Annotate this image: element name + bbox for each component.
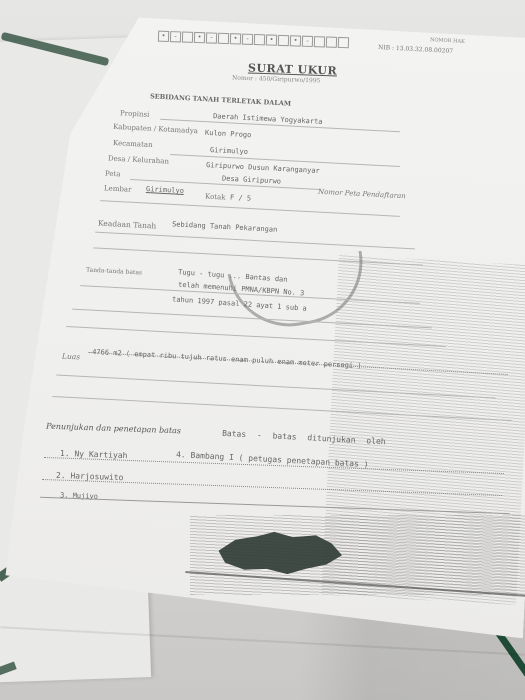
field-value-lembar: Girimulyo (146, 185, 184, 195)
field-value-kecamatan: Girimulyo (210, 146, 248, 156)
field-line (56, 374, 495, 398)
nomor-peta-label: Nomor Peta Pendaftaran (318, 188, 406, 201)
penunjukan-value: Batas - batas ditunjukan oleh (222, 429, 386, 447)
field-line (93, 247, 423, 265)
field-label-kabupaten: Kabupaten / Kotamadya (113, 123, 198, 135)
field-label-propinsi: Propinsi (120, 109, 150, 119)
field-line (88, 352, 507, 375)
field-line (95, 232, 415, 250)
field-label-desa: Desa / Kelurahan (108, 154, 169, 165)
field-line (52, 396, 511, 421)
penunjukan-label: Penunjukan dan penetapan batas (46, 422, 181, 436)
section-heading: SEBIDANG TANAH TERLETAK DALAM (150, 92, 291, 107)
field-line (100, 200, 400, 217)
field-value-kabupaten: Kulon Progo (205, 129, 252, 139)
field-line (66, 326, 446, 347)
field-label-lembar: Lembar (104, 184, 132, 193)
field-value-desa: Giripurwo Dusun Karanganyar (206, 161, 320, 175)
officer-name: 4. Bambang I ( petugas penetapan batas ) (176, 450, 369, 469)
embossed-seal (212, 531, 342, 575)
keadaan-tanah-value: Sebidang Tanah Pekarangan (172, 220, 278, 234)
tanda-batas-label: Tanda-tanda batas (86, 267, 142, 277)
field-line (40, 497, 510, 514)
field-value-kotak: F / 5 (230, 193, 251, 202)
field-label-kecamatan: Kecamatan (113, 139, 153, 149)
luas-label: Luas (62, 352, 81, 362)
keadaan-tanah-label: Keadaan Tanah (98, 218, 157, 230)
document-content: • - • - • - • • - NOMOR HAK NIB : 13.03.… (0, 0, 525, 700)
field-line (42, 479, 502, 496)
field-label-peta: Peta (105, 170, 121, 179)
nib-code: NIB : 13.03.32.08.00207 (378, 44, 453, 55)
field-label-kotak: Kotak (205, 192, 226, 201)
top-right-label: NOMOR HAK (430, 37, 465, 45)
header-code-boxes: • - • - • - • • - (158, 31, 350, 49)
